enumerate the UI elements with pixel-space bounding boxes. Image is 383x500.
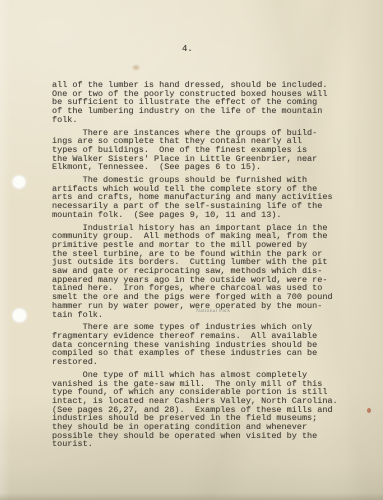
typed-text: all of the lumber is hand dressed, shoul… (52, 81, 348, 449)
paragraph: The domestic groups should be furnished … (52, 176, 348, 220)
paragraph: There are instances where the groups of … (52, 129, 348, 173)
paper-speck (367, 408, 371, 413)
page-number: 4. (182, 44, 193, 54)
hole-punch-top (12, 175, 26, 189)
page-bottom-edge (0, 493, 383, 500)
hole-punch-bottom (12, 308, 27, 323)
paragraph: One type of mill which has almost comple… (52, 371, 348, 449)
paragraph: There are some types of industries which… (52, 323, 348, 367)
scanned-page: 4. all of the lumber is hand dressed, sh… (0, 0, 383, 500)
paragraph: all of the lumber is hand dressed, shoul… (52, 81, 348, 125)
paragraph: Industrial history has an important plac… (52, 224, 348, 320)
watermark-text: National Park (196, 308, 230, 314)
paper-stain (130, 63, 142, 72)
